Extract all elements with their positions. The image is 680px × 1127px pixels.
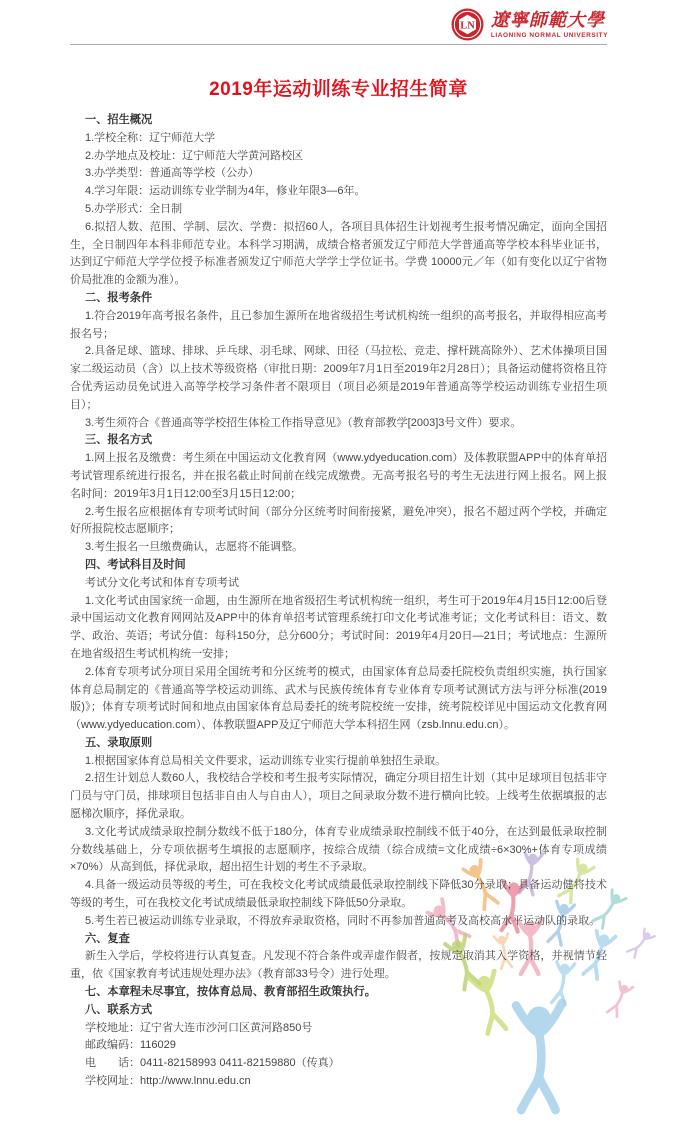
paragraph: 5.考生若已被运动训练专业录取，不得放弃录取资格，同时不再参加普通高考及高校高水… [70, 913, 607, 931]
section-registration-method: 三、报名方式 1.网上报名及缴费：考生须在中国运动文化教育网（www.ydyed… [70, 432, 607, 557]
paragraph: 2.招生计划总人数60人，我校结合学校和考生报考实际情况，确定分项目招生计划（其… [70, 770, 607, 823]
paragraph-phone: 电 话：0411-82158993 0411-82159880（传真） [70, 1055, 607, 1073]
paragraph: 4.学习年限：运动训练专业学制为4年，修业年限3—6年。 [70, 183, 607, 201]
paragraph: 2.办学地点及校址：辽宁师范大学黄河路校区 [70, 148, 607, 166]
section-heading: 八、联系方式 [70, 1002, 607, 1020]
paragraph: 考试分文化考试和体育专项考试 [70, 575, 607, 593]
section-other-matters: 七、本章程未尽事宜，按体育总局、教育部招生政策执行。 [70, 984, 607, 1002]
section-heading: 七、本章程未尽事宜，按体育总局、教育部招生政策执行。 [70, 984, 607, 1002]
section-application-requirements: 二、报考条件 1.符合2019年高考报名条件，且已参加生源所在地省级招生考试机构… [70, 290, 607, 432]
paragraph: 6.拟招人数、范围、学制、层次、学费：拟招60人，各项目具体招生计划视考生报考情… [70, 219, 607, 290]
paragraph: 3.考生须符合《普通高等学校招生体检工作指导意见》（教育部教学[2003]3号文… [70, 415, 607, 433]
paragraph-school-address: 学校地址：辽宁省大连市沙河口区黄河路850号 [70, 1020, 607, 1038]
paragraph: 2.体育专项考试分项目采用全国统考和分区统考的模式，由国家体育总局委托院校负责组… [70, 664, 607, 735]
paragraph: 4.具备一级运动员等级的考生，可在我校文化考试成绩最低录取控制线下降低30分录取… [70, 877, 607, 913]
seal-monogram-text: LN [460, 20, 475, 31]
paragraph: 3.办学类型：普通高等学校（公办） [70, 165, 607, 183]
document-body: 一、招生概况 1.学校全称：辽宁师范大学 2.办学地点及校址：辽宁师范大学黄河路… [70, 112, 607, 1091]
paragraph: 3.文化考试成绩录取控制分数线不低于180分，体育专业成绩录取控制线不低于40分… [70, 824, 607, 877]
section-enrollment-overview: 一、招生概况 1.学校全称：辽宁师范大学 2.办学地点及校址：辽宁师范大学黄河路… [70, 112, 607, 290]
section-contact-info: 八、联系方式 学校地址：辽宁省大连市沙河口区黄河路850号 邮政编码：11602… [70, 1002, 607, 1091]
paragraph: 2.具备足球、篮球、排球、乒乓球、羽毛球、网球、田径（马拉松、竞走、撑杆跳高除外… [70, 343, 607, 414]
paragraph: 5.办学形式：全日制 [70, 201, 607, 219]
header-divider [70, 44, 607, 45]
paragraph: 1.网上报名及缴费：考生须在中国运动文化教育网（www.ydyeducation… [70, 450, 607, 503]
section-heading: 三、报名方式 [70, 432, 607, 450]
paragraph: 2.考生报名应根据体育专项考试时间（部分分区统考时间衔接紧，避免冲突），报名不超… [70, 504, 607, 540]
paragraph: 1.文化考试由国家统一命题，由生源所在地省级招生考试机构统一组织，考生可于201… [70, 593, 607, 664]
section-exam-subjects-time: 四、考试科目及时间 考试分文化考试和体育专项考试 1.文化考试由国家统一命题，由… [70, 557, 607, 735]
university-name-cn: 遼寧師範大學 [491, 10, 605, 30]
paragraph: 1.学校全称：辽宁师范大学 [70, 130, 607, 148]
section-heading: 六、复查 [70, 931, 607, 949]
section-reexamination: 六、复查 新生入学后，学校将进行认真复查。凡发现不符合条件或弄虚作假者，按规定取… [70, 931, 607, 984]
document-title: 2019年运动训练专业招生简章 [70, 74, 607, 101]
paragraph: 1.符合2019年高考报名条件，且已参加生源所在地省级招生考试机构统一组织的高考… [70, 308, 607, 344]
admissions-brochure-page: LN 遼寧師範大學 LIAONING NORMAL UNIVERSITY 201… [0, 0, 680, 1127]
university-logo: LN 遼寧師範大學 LIAONING NORMAL UNIVERSITY [451, 8, 608, 41]
paragraph: 3.考生报名一旦缴费确认，志愿将不能调整。 [70, 539, 607, 557]
section-heading: 五、录取原则 [70, 735, 607, 753]
section-heading: 二、报考条件 [70, 290, 607, 308]
paragraph: 1.根据国家体育总局相关文件要求，运动训练专业实行提前单独招生录取。 [70, 753, 607, 771]
section-heading: 四、考试科目及时间 [70, 557, 607, 575]
paragraph-postal-code: 邮政编码：116029 [70, 1037, 607, 1055]
university-name-block: 遼寧師範大學 LIAONING NORMAL UNIVERSITY [491, 10, 608, 40]
section-heading: 一、招生概况 [70, 112, 607, 130]
paragraph: 新生入学后，学校将进行认真复查。凡发现不符合条件或弄虚作假者，按规定取消其入学资… [70, 948, 607, 984]
university-seal-icon: LN [451, 8, 484, 41]
university-name-en: LIAONING NORMAL UNIVERSITY [491, 31, 608, 40]
paragraph-website: 学校网址：http://www.lnnu.edu.cn [70, 1073, 607, 1091]
section-admission-principles: 五、录取原则 1.根据国家体育总局相关文件要求，运动训练专业实行提前单独招生录取… [70, 735, 607, 931]
